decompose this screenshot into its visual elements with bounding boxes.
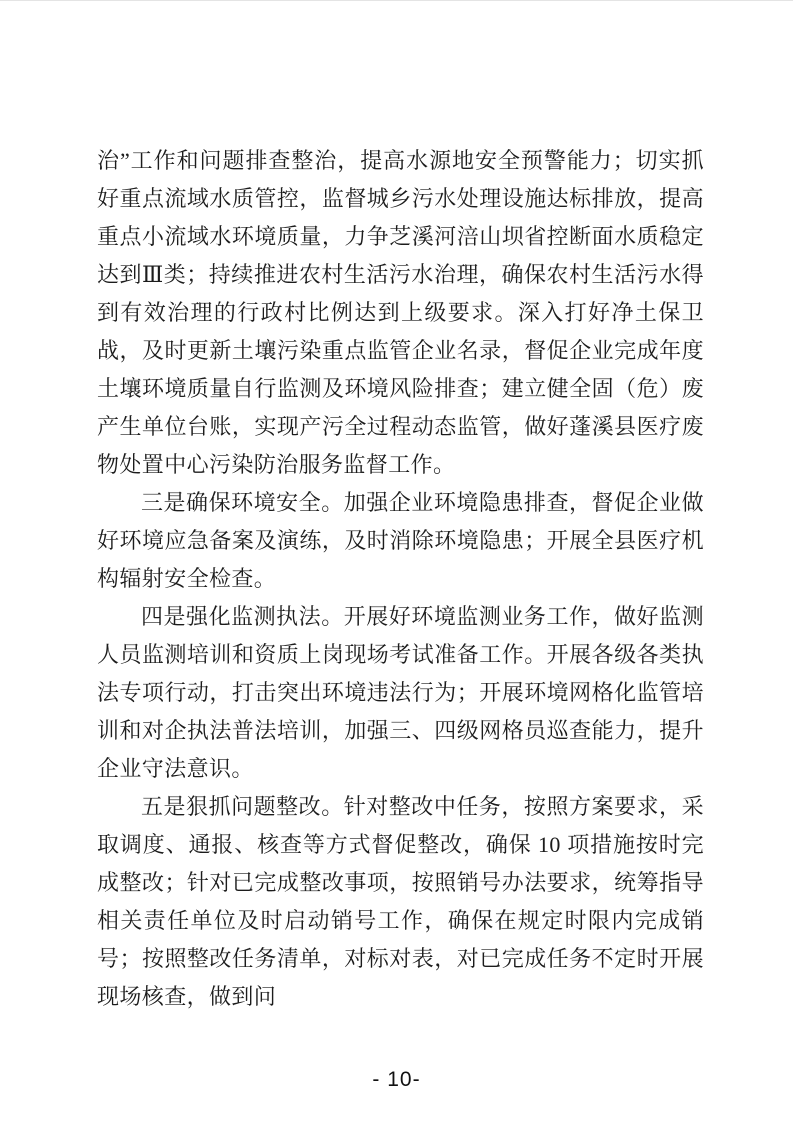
document-page: 治”工作和问题排查整治，提高水源地安全预警能力；切实抓好重点流域水质管控，监督城…	[0, 0, 793, 1122]
page-footer: - 10-	[0, 1065, 793, 1095]
page-number: - 10-	[372, 1068, 420, 1091]
document-body: 治”工作和问题排查整治，提高水源地安全预警能力；切实抓好重点流域水质管控，监督城…	[97, 142, 704, 1016]
paragraph-point-five: 五是狠抓问题整改。针对整改中任务，按照方案要求，采取调度、通报、核查等方式督促整…	[97, 788, 704, 1016]
paragraph-continuation: 治”工作和问题排查整治，提高水源地安全预警能力；切实抓好重点流域水质管控，监督城…	[97, 142, 704, 484]
paragraph-point-four: 四是强化监测执法。开展好环境监测业务工作，做好监测人员监测培训和资质上岗现场考试…	[97, 598, 704, 788]
paragraph-point-three: 三是确保环境安全。加强企业环境隐患排查，督促企业做好环境应急备案及演练，及时消除…	[97, 484, 704, 598]
